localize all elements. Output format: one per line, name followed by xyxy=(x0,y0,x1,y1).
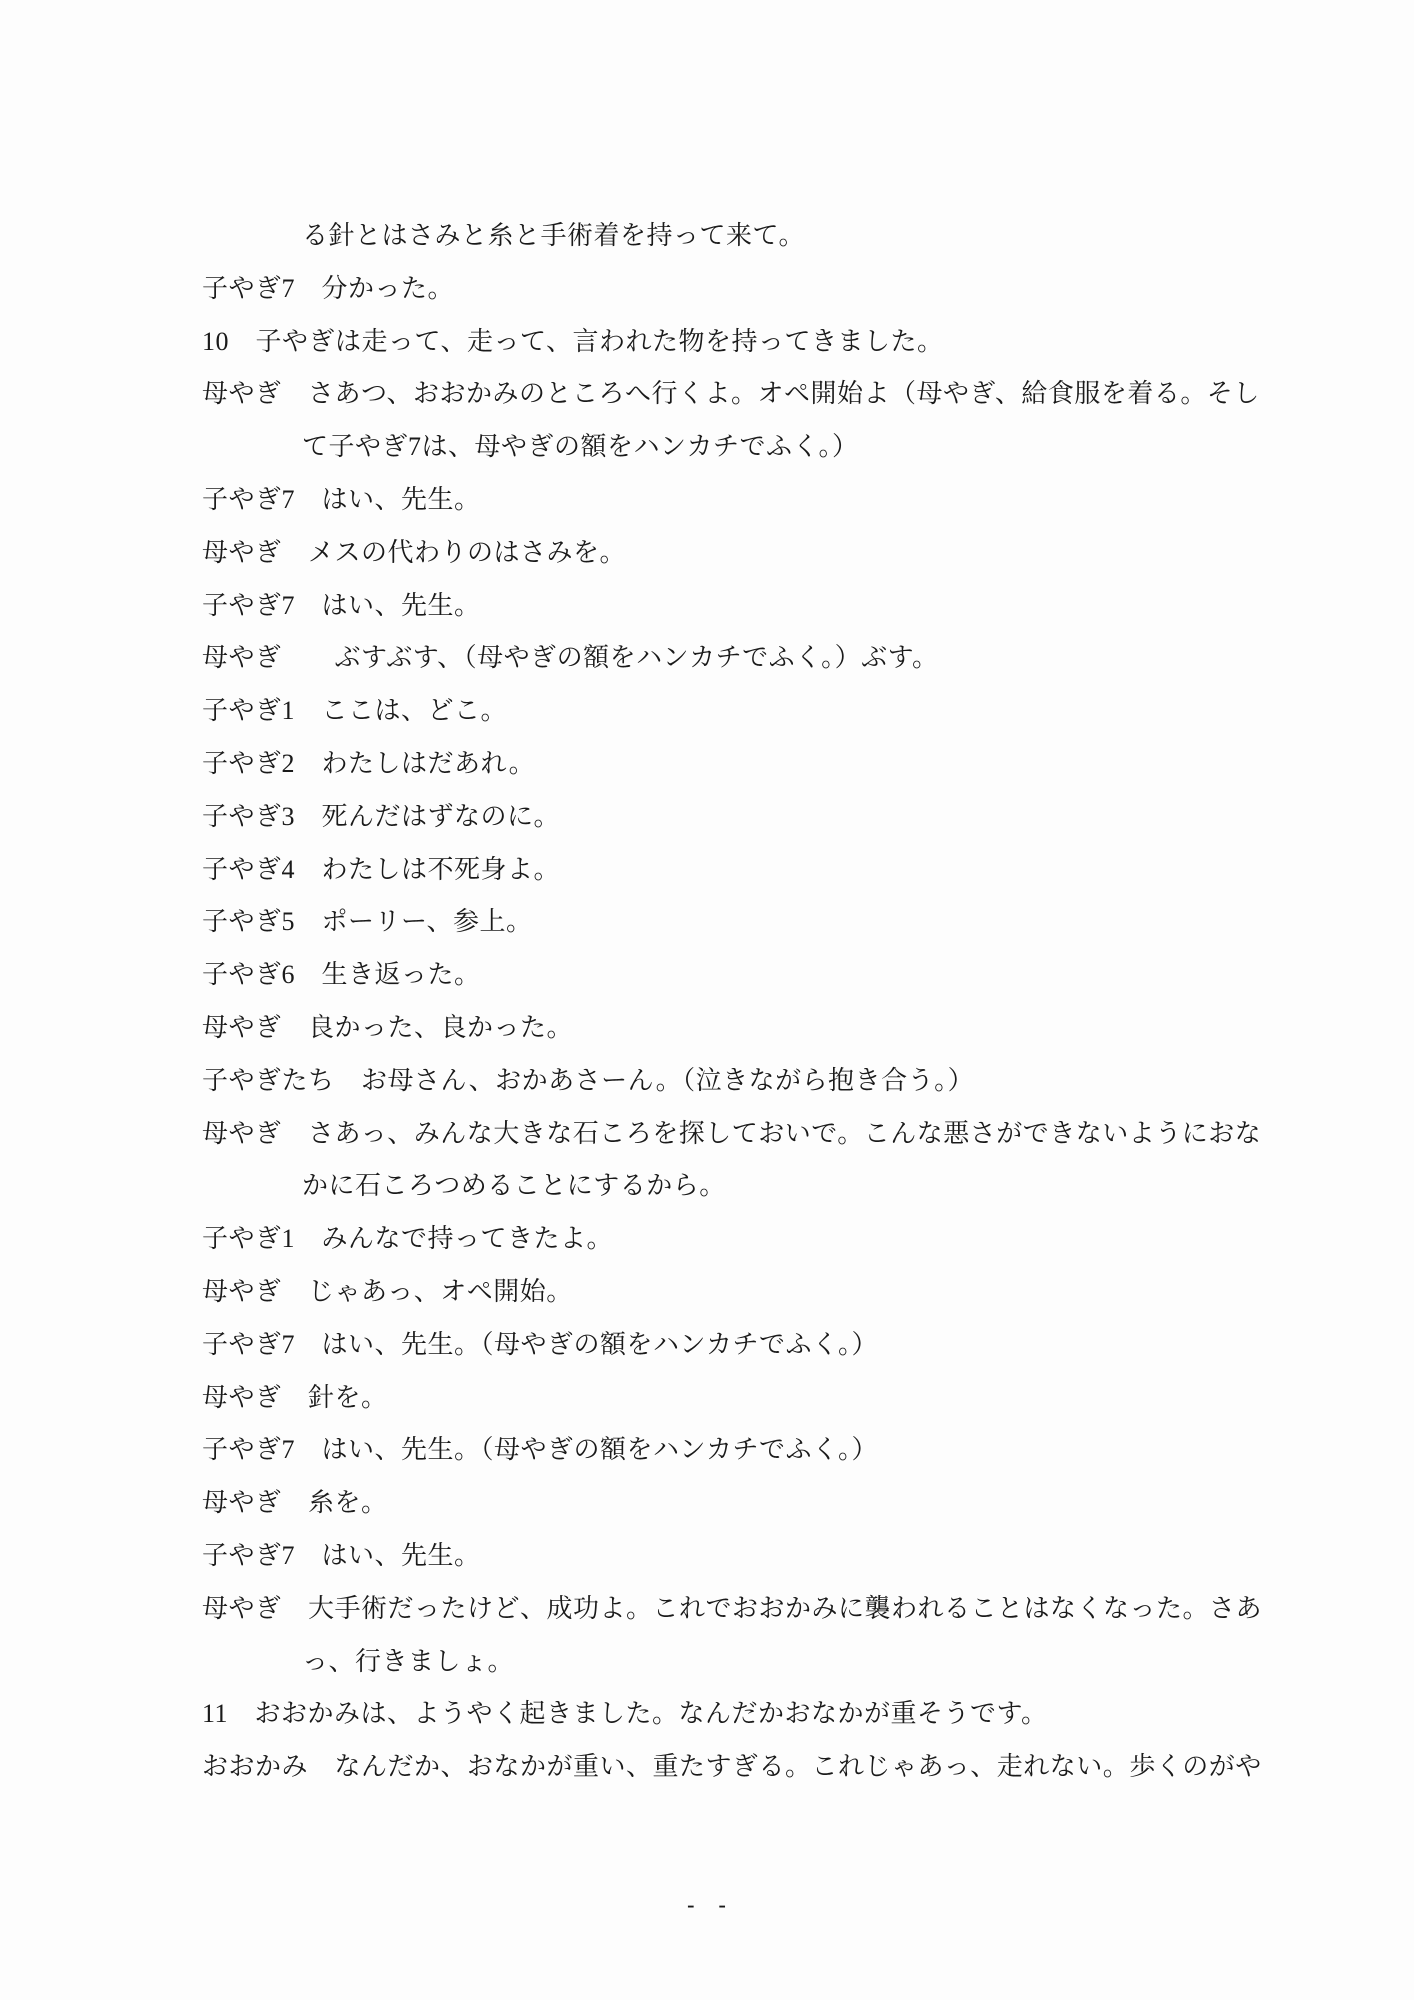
script-line-dialogue: 子やぎ7 分かった。 xyxy=(202,263,1302,316)
dialogue-text: 大手術だったけど、成功よ。これでおおかみに襲われることはなくなった。さあ xyxy=(282,1594,1263,1623)
dialogue-text: わたしは不死身よ。 xyxy=(295,855,560,884)
document-page: る針とはさみと糸と手術着を持って来て。子やぎ7 分かった。10 子やぎは走って、… xyxy=(0,0,1414,2000)
scene-number: 11 xyxy=(202,1699,228,1728)
speaker-label: 子やぎ7 xyxy=(202,1435,295,1464)
continuation-text: て子やぎ7は、母やぎの額をハンカチでふく。） xyxy=(302,432,858,461)
speaker-label: 母やぎ xyxy=(202,1488,282,1517)
dialogue-text: 針を。 xyxy=(282,1383,388,1412)
script-line-continuation: かに石ころつめることにするから。 xyxy=(202,1160,1302,1213)
dialogue-text: 糸を。 xyxy=(282,1488,388,1517)
speaker-label: 子やぎ7 xyxy=(202,1541,295,1570)
continuation-text: る針とはさみと糸と手術着を持って来て。 xyxy=(302,221,805,250)
script-line-dialogue: 母やぎ 良かった、良かった。 xyxy=(202,1002,1302,1055)
narration-text: 子やぎは走って、走って、言われた物を持ってきました。 xyxy=(229,327,943,356)
script-line-narration: 11 おおかみは、ようやく起きました。なんだかおなかが重そうです。 xyxy=(202,1688,1302,1741)
script-line-dialogue: 子やぎ1 ここは、どこ。 xyxy=(202,685,1302,738)
dialogue-text: はい、先生。 xyxy=(295,485,481,514)
dialogue-text: はい、先生。 xyxy=(295,591,481,620)
speaker-label: 子やぎ2 xyxy=(202,749,295,778)
dialogue-text: さあつ、おおかみのところへ行くよ。オペ開始よ（母やぎ、給食服を着る。そし xyxy=(282,379,1260,408)
script-line-dialogue: 子やぎ2 わたしはだあれ。 xyxy=(202,738,1302,791)
script-line-dialogue: 子やぎ4 わたしは不死身よ。 xyxy=(202,844,1302,897)
dialogue-text: みんなで持ってきたよ。 xyxy=(295,1224,613,1253)
dialogue-text: はい、先生。（母やぎの額をハンカチでふく。） xyxy=(295,1330,878,1359)
speaker-label: 母やぎ xyxy=(202,1119,282,1148)
speaker-label: 子やぎ1 xyxy=(202,1224,295,1253)
speaker-label: 子やぎ1 xyxy=(202,696,295,725)
continuation-text: かに石ころつめることにするから。 xyxy=(302,1171,726,1200)
dialogue-text: 良かった、良かった。 xyxy=(282,1013,574,1042)
speaker-label: 子やぎ5 xyxy=(202,907,295,936)
page-footer: - - xyxy=(0,1888,1414,1919)
speaker-label: 母やぎ xyxy=(202,643,282,672)
speaker-label: 母やぎ xyxy=(202,1383,282,1412)
script-line-dialogue: 子やぎ7 はい、先生。 xyxy=(202,580,1302,633)
script-line-continuation: て子やぎ7は、母やぎの額をハンカチでふく。） xyxy=(202,421,1302,474)
script-line-dialogue: おおかみ なんだか、おなかが重い、重たすぎる。これじゃあっ、走れない。歩くのがや xyxy=(202,1741,1302,1794)
script-line-dialogue: 母やぎ さあつ、おおかみのところへ行くよ。オペ開始よ（母やぎ、給食服を着る。そし xyxy=(202,368,1302,421)
speaker-label: 母やぎ xyxy=(202,1277,282,1306)
dialogue-text: ポーリー、参上。 xyxy=(295,907,532,936)
script-line-dialogue: 母やぎ さあっ、みんな大きな石ころを探しておいで。こんな悪さができないようにおな xyxy=(202,1108,1302,1161)
speaker-label: 子やぎ7 xyxy=(202,591,295,620)
script-line-dialogue: 母やぎ 針を。 xyxy=(202,1372,1302,1425)
speaker-label: 子やぎ4 xyxy=(202,855,295,884)
speaker-label: 母やぎ xyxy=(202,379,282,408)
speaker-label: 子やぎ6 xyxy=(202,960,295,989)
script-line-continuation: っ、行きましょ。 xyxy=(202,1636,1302,1689)
script-line-dialogue: 子やぎ1 みんなで持ってきたよ。 xyxy=(202,1213,1302,1266)
speaker-label: 子やぎたち xyxy=(202,1066,335,1095)
script-body: る針とはさみと糸と手術着を持って来て。子やぎ7 分かった。10 子やぎは走って、… xyxy=(202,210,1302,1794)
dialogue-text: 生き返った。 xyxy=(295,960,481,989)
script-line-narration: 10 子やぎは走って、走って、言われた物を持ってきました。 xyxy=(202,316,1302,369)
script-line-dialogue: 母やぎ メスの代わりのはさみを。 xyxy=(202,527,1302,580)
speaker-label: 子やぎ7 xyxy=(202,1330,295,1359)
dialogue-text: はい、先生。 xyxy=(295,1541,481,1570)
speaker-label: 子やぎ3 xyxy=(202,802,295,831)
script-line-dialogue: 子やぎ3 死んだはずなのに。 xyxy=(202,791,1302,844)
speaker-label: 母やぎ xyxy=(202,538,282,567)
script-line-dialogue: 母やぎ 大手術だったけど、成功よ。これでおおかみに襲われることはなくなった。さあ xyxy=(202,1583,1302,1636)
speaker-label: 母やぎ xyxy=(202,1013,282,1042)
speaker-label: 子やぎ7 xyxy=(202,485,295,514)
dialogue-text: じゃあっ、オペ開始。 xyxy=(282,1277,573,1306)
narration-text: おおかみは、ようやく起きました。なんだかおなかが重そうです。 xyxy=(228,1699,1047,1728)
dialogue-text: さあっ、みんな大きな石ころを探しておいで。こんな悪さができないようにおな xyxy=(282,1119,1262,1148)
speaker-label: おおかみ xyxy=(202,1752,308,1781)
continuation-text: っ、行きましょ。 xyxy=(302,1647,514,1676)
script-line-dialogue: 母やぎ じゃあっ、オペ開始。 xyxy=(202,1266,1302,1319)
script-line-dialogue: 子やぎ7 はい、先生。（母やぎの額をハンカチでふく。） xyxy=(202,1319,1302,1372)
dialogue-text: わたしはだあれ。 xyxy=(295,749,535,778)
scene-number: 10 xyxy=(202,327,229,356)
script-line-dialogue: 母やぎ 糸を。 xyxy=(202,1477,1302,1530)
script-line-dialogue: 子やぎ7 はい、先生。 xyxy=(202,1530,1302,1583)
script-line-dialogue: 子やぎ5 ポーリー、参上。 xyxy=(202,896,1302,949)
script-line-continuation: る針とはさみと糸と手術着を持って来て。 xyxy=(202,210,1302,263)
speaker-label: 母やぎ xyxy=(202,1594,282,1623)
dialogue-text: はい、先生。（母やぎの額をハンカチでふく。） xyxy=(295,1435,878,1464)
script-line-dialogue: 母やぎ ぶすぶす、（母やぎの額をハンカチでふく。）ぶす。 xyxy=(202,632,1302,685)
script-line-dialogue: 子やぎ6 生き返った。 xyxy=(202,949,1302,1002)
dialogue-text: お母さん、おかあさーん。（泣きながら抱き合う。） xyxy=(335,1066,975,1095)
dialogue-text: メスの代わりのはさみを。 xyxy=(282,538,627,567)
speaker-label: 子やぎ7 xyxy=(202,274,295,303)
dialogue-text: なんだか、おなかが重い、重たすぎる。これじゃあっ、走れない。歩くのがや xyxy=(308,1752,1262,1781)
script-line-dialogue: 子やぎ7 はい、先生。 xyxy=(202,474,1302,527)
script-line-dialogue: 子やぎたち お母さん、おかあさーん。（泣きながら抱き合う。） xyxy=(202,1055,1302,1108)
dialogue-text: 分かった。 xyxy=(295,274,454,303)
dialogue-text: 死んだはずなのに。 xyxy=(295,802,560,831)
script-line-dialogue: 子やぎ7 はい、先生。（母やぎの額をハンカチでふく。） xyxy=(202,1424,1302,1477)
dialogue-text: ぶすぶす、（母やぎの額をハンカチでふく。）ぶす。 xyxy=(282,643,939,672)
dialogue-text: ここは、どこ。 xyxy=(295,696,507,725)
